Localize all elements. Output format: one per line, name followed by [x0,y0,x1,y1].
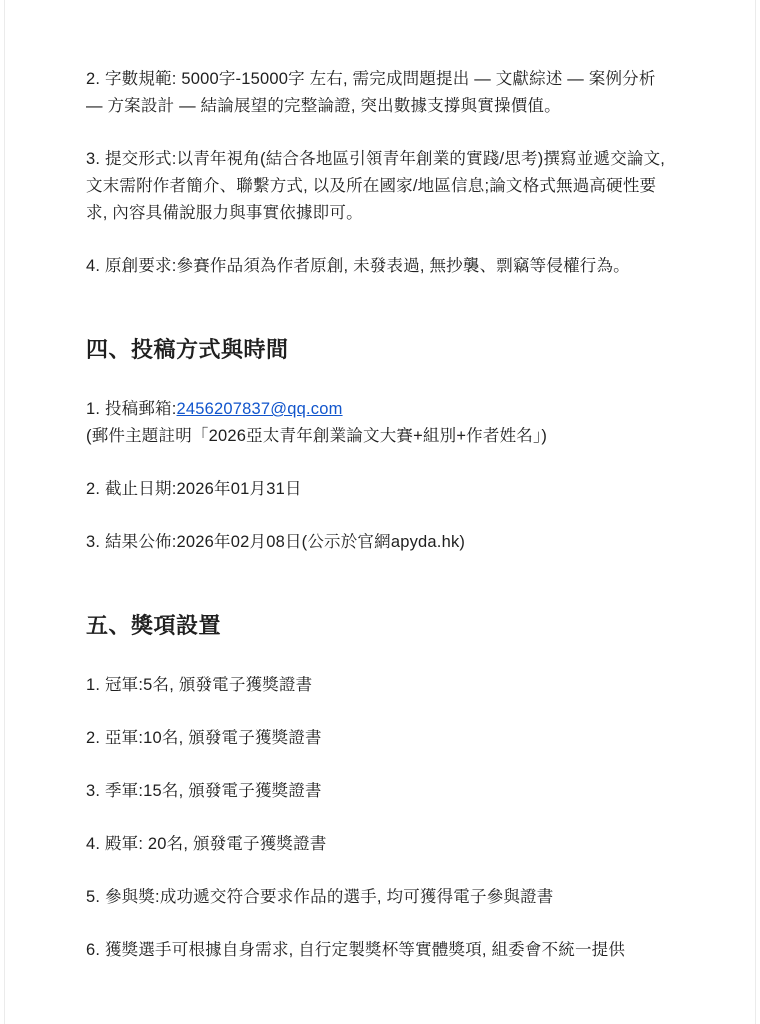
award-item-custom-trophy-note: 6. 獲獎選手可根據自身需求, 自行定製獎杯等實體獎項, 組委會不統一提供 [86,937,675,964]
section-heading-submission: 四、投稿方式與時間 [86,334,675,366]
paragraph-deadline: 2. 截止日期:2026年01月31日 [86,476,675,503]
award-item-champion: 1. 冠軍:5名, 頒發電子獲獎證書 [86,672,675,699]
paragraph-results-announcement: 3. 結果公佈:2026年02月08日(公示於官網apyda.hk) [86,529,675,556]
document-page: 2. 字數規範: 5000字-15000字 左右, 需完成問題提出 — 文獻綜述… [4,0,756,1024]
paragraph-submission-email: 1. 投稿郵箱:2456207837@qq.com (郵件主題註明「2026亞太… [86,396,675,450]
award-item-third-place: 3. 季軍:15名, 頒發電子獲獎證書 [86,778,675,805]
paragraph-submission-format-rule: 3. 提交形式:以青年視角(結合各地區引領青年創業的實踐/思考)撰寫並遞交論文,… [86,146,675,227]
submission-email-link[interactable]: 2456207837@qq.com [177,400,343,418]
paragraph-originality-rule: 4. 原創要求:參賽作品須為作者原創, 未發表過, 無抄襲、剽竊等侵權行為。 [86,253,675,280]
award-item-participation: 5. 參與獎:成功遞交符合要求作品的選手, 均可獲得電子參與證書 [86,884,675,911]
award-item-runner-up: 2. 亞軍:10名, 頒發電子獲獎證書 [86,725,675,752]
submission-email-subject-note: (郵件主題註明「2026亞太青年創業論文大賽+組別+作者姓名」) [86,427,547,445]
paragraph-word-count-rule: 2. 字數規範: 5000字-15000字 左右, 需完成問題提出 — 文獻綜述… [86,66,675,120]
section-heading-awards: 五、獎項設置 [86,610,675,642]
award-item-fourth-place: 4. 殿軍: 20名, 頒發電子獲獎證書 [86,831,675,858]
submission-email-label: 1. 投稿郵箱: [86,400,177,418]
